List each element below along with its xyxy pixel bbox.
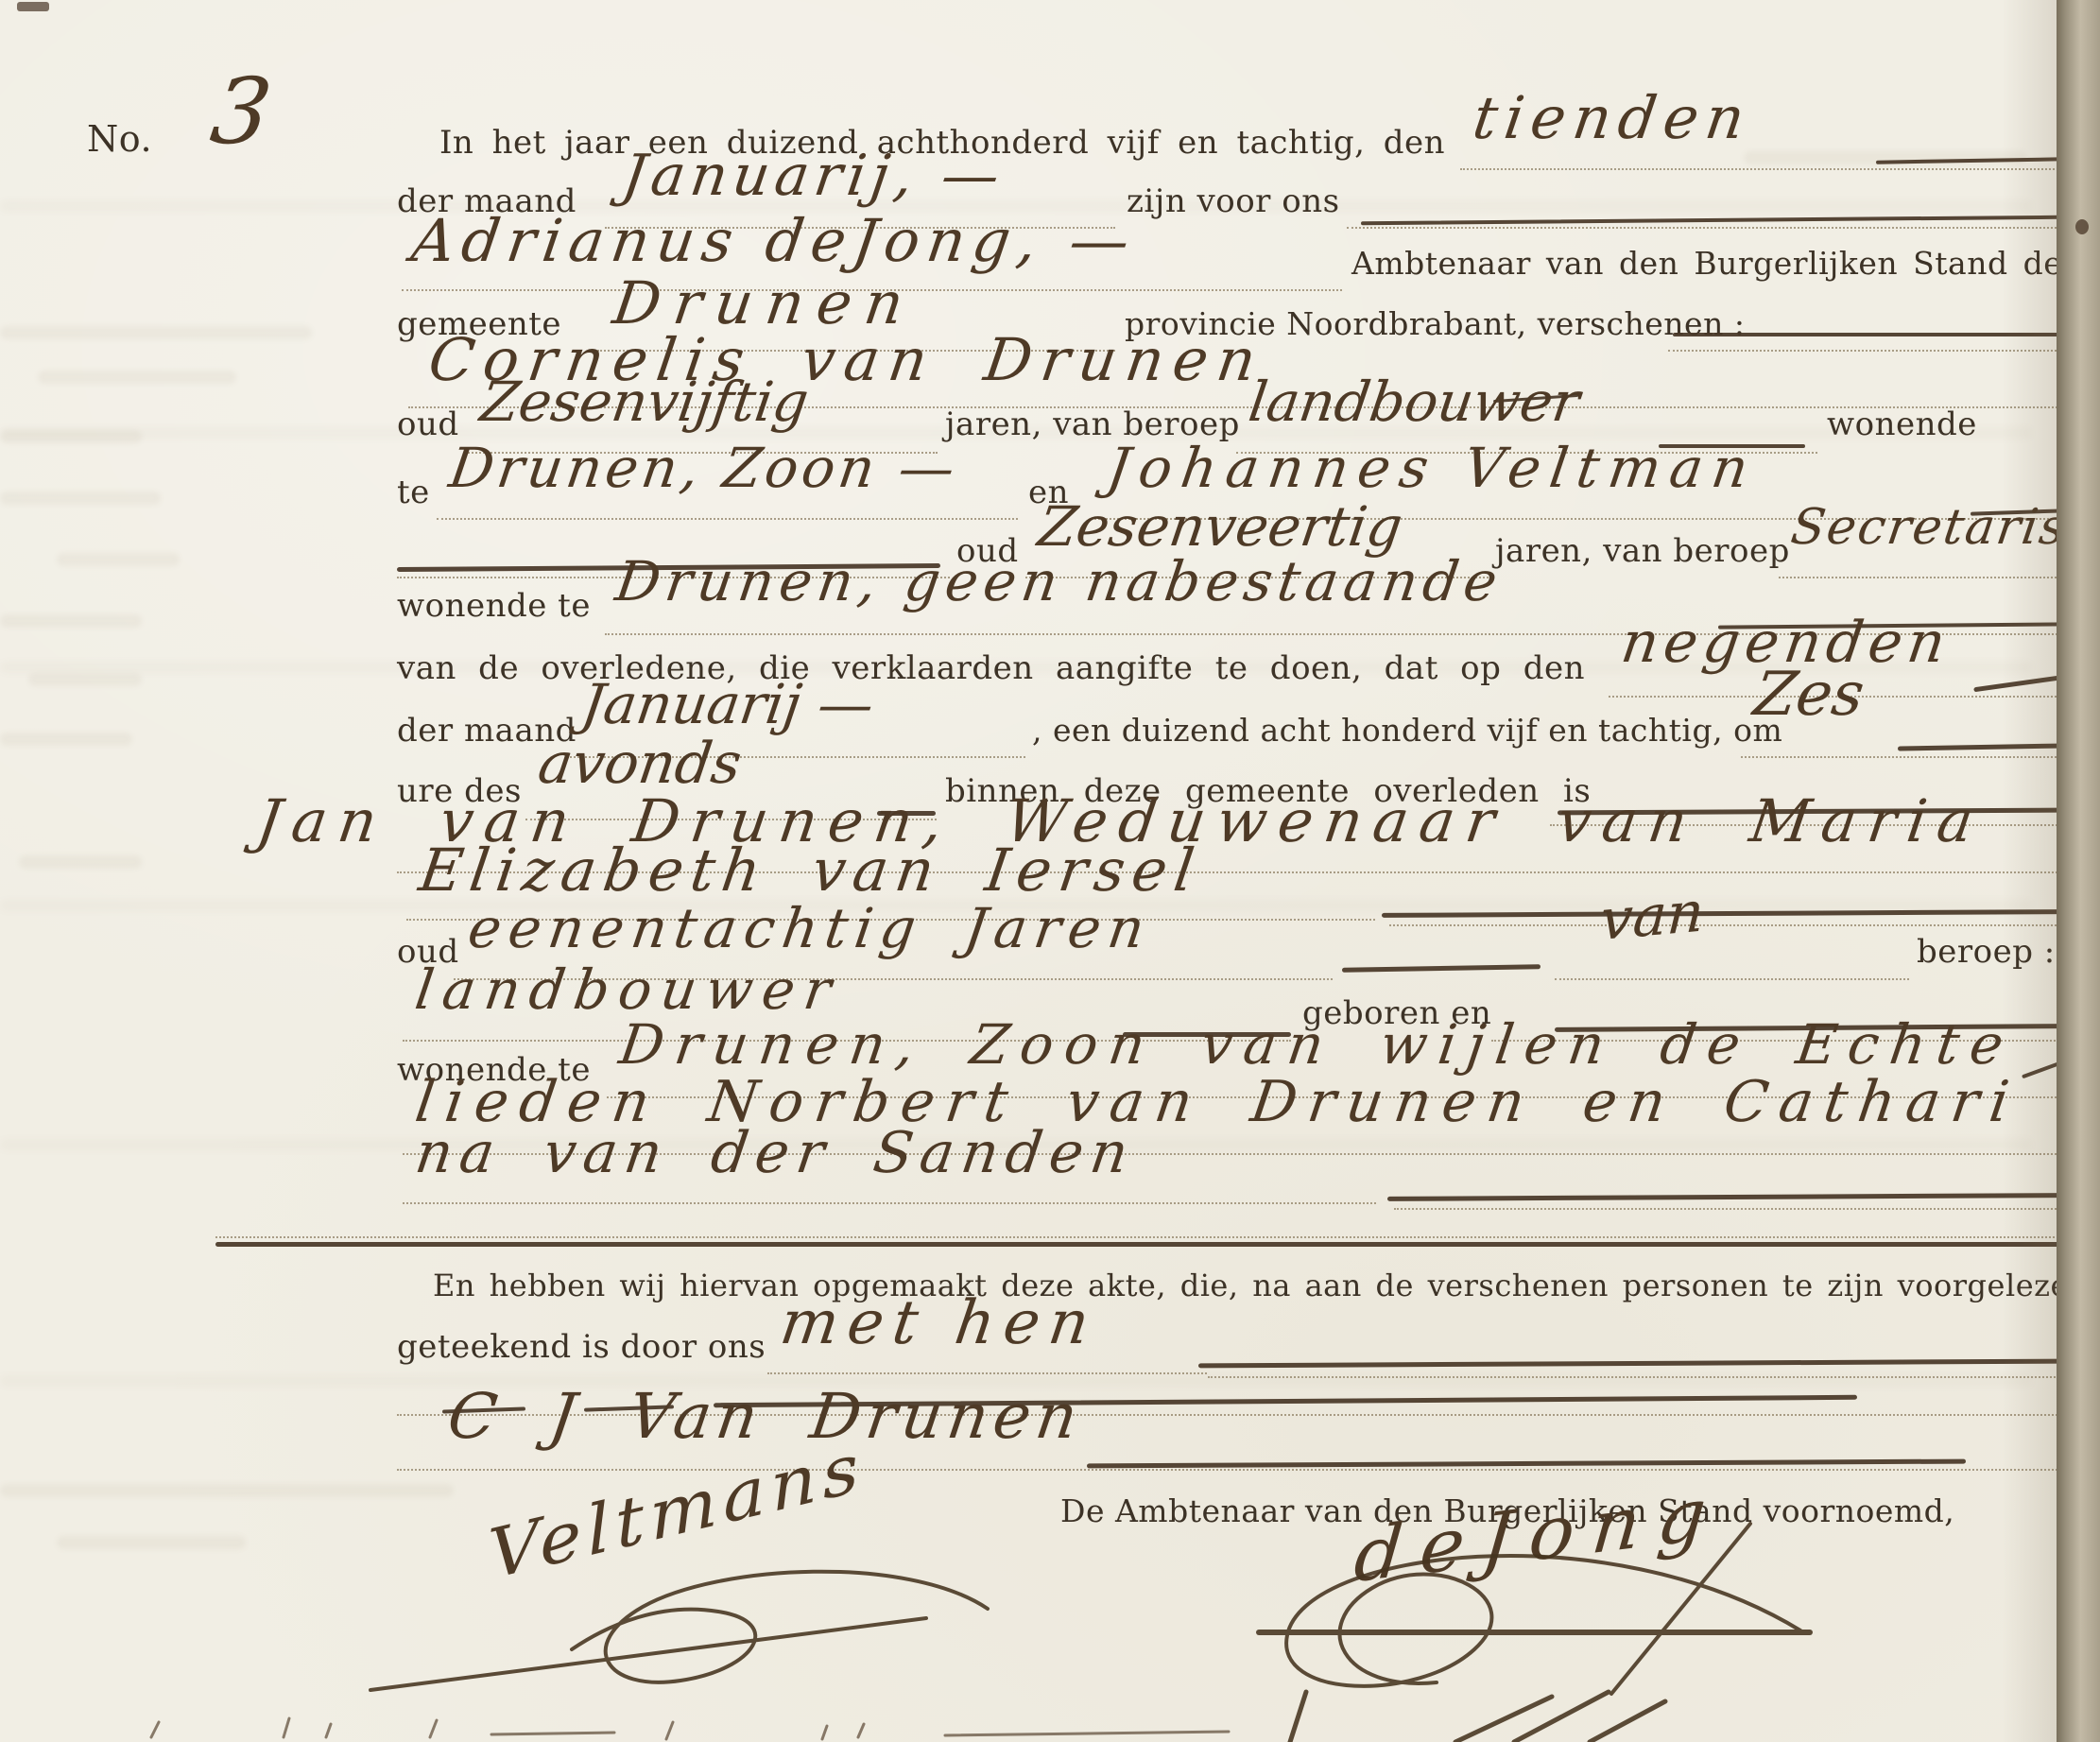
bleed-through [57,553,180,566]
paper-edge-shadow [2002,0,2057,1742]
entry-month-of-registration: Januarij, — [619,147,1008,204]
printed-text-ambtenaar: Ambtenaar van den Burgerlijken Stand der [1351,248,2078,279]
divider-dotted-fringe [215,1236,2066,1238]
dotted-rule [1460,168,2065,170]
printed-text-geteekend: geteekend is door ons [397,1331,766,1363]
entry-death-month: Januarij — [578,677,877,732]
entry-death-hour: Zes [1750,664,1868,725]
dotted-rule [403,1202,1376,1204]
entry-declarant1-occupation: landbouwer [1246,374,1583,429]
dotted-rule [1555,978,1909,980]
record-number-label: No. [87,121,152,157]
entry-deceased-age: eenentachtig Jaren [465,901,1155,956]
entry-declarant1-residence: Drunen, Zoon — [446,440,962,495]
entry-day-of-registration: tienden [1470,89,1755,147]
printed-text-zijn-voor-ons: zijn voor ons [1127,185,1340,217]
bleed-through [0,614,142,628]
printed-text-te: te [397,476,430,509]
entry-signed-with-them: met hen [777,1293,1102,1354]
printed-text-wonende-te1: wonende te [397,590,591,622]
entry-declarant1-age: Zesenvijftig [477,374,812,429]
paper-speck [17,2,49,11]
bleed-through [0,1484,454,1497]
entry-word-van: van [1599,884,1705,949]
signature-declarant1: C J Van Drunen [444,1386,1087,1448]
binding-edge [2057,0,2100,1742]
printed-text-duizend: , een duizend acht honderd vijf en tacht… [1032,715,1782,746]
printed-text-jaren-beroep2: jaren, van beroep [1495,535,1790,567]
binding-speck [2075,219,2089,234]
dotted-rule [1347,227,2060,229]
dotted-rule [437,518,1018,520]
dotted-rule [1208,1376,2058,1378]
entry-deceased-name-part2: Elizabeth van Iersel [416,841,1205,900]
entry-declarant2-name: Johannes Veltman [1104,440,1761,495]
dotted-rule [767,1372,1207,1374]
dotted-rule [1394,1208,2060,1210]
entry-deceased-occupation: landbouwer [412,962,844,1017]
entry-deceased-parentage-part3: na van der Sanden [412,1125,1139,1181]
entry-registrar-name: Adrianus deJong, — [408,212,1141,270]
bleed-through [28,673,142,686]
bleed-through [0,492,161,505]
entry-municipality: Drunen [610,274,921,333]
printed-text-overledene: van de overledene, die verklaarden aangi… [397,652,1585,684]
printed-text-closing: En hebben wij hiervan opgemaakt deze akt… [433,1270,2089,1301]
entry-declarant2-residence: Drunen, geen nabestaande [612,554,1506,609]
bleed-through [38,371,236,384]
bleed-through [19,855,142,869]
entry-deceased-parentage-part1: Drunen, Zoon van wijlen de Echte [616,1017,2018,1072]
printed-text-oud1: oud [397,408,459,440]
printed-text-wonende1: wonende [1827,408,1977,440]
death-certificate-page: No. 3 In het jaar een duizend achthonder… [0,0,2100,1742]
dotted-rule [1389,924,2060,926]
bleed-through [0,733,132,746]
bleed-through [57,1536,246,1549]
bleed-through [0,326,312,339]
entry-time-of-day: avonds [535,735,745,792]
divider-rule [215,1242,2068,1247]
dotted-rule [397,1469,2060,1471]
entry-declarant2-age: Zesenveertig [1035,499,1405,554]
